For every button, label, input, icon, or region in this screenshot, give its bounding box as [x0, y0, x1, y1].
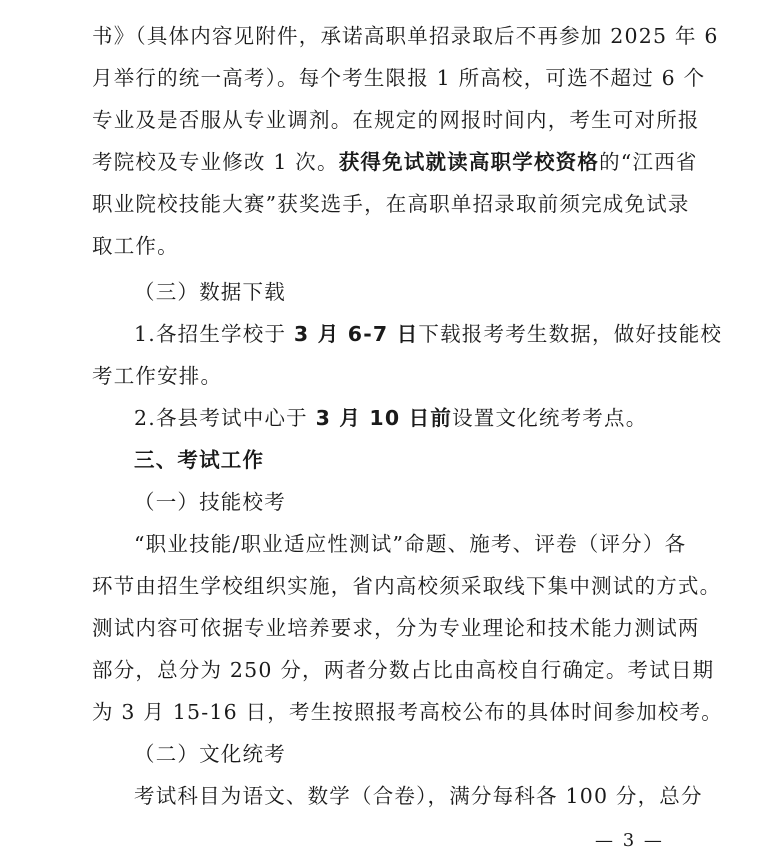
paragraph-line: 月举行的统一高考）。每个考生限报 1 所高校，可选不超过 6 个 [92, 64, 677, 92]
paragraph-line: 2.各县考试中心于 3 月 10 日前设置文化统考考点。 [134, 404, 647, 432]
paragraph-line: 为 3 月 15-16 日，考生按照报考高校公布的具体时间参加校考。 [92, 698, 677, 726]
bold-date: 3 月 6-7 日 [294, 322, 419, 346]
paragraph-line: 部分，总分为 250 分，两者分数占比由高校自行确定。考试日期 [92, 656, 677, 684]
line-text: 设置文化统考考点。 [452, 406, 647, 430]
chapter-heading: 三、考试工作 [134, 446, 264, 474]
paragraph-line: 专业及是否服从专业调剂。在规定的网报时间内，考生可对所报 [92, 106, 677, 134]
paragraph-line: 职业院校技能大赛”获奖选手，在高职单招录取前须完成免试录 [92, 190, 677, 218]
paragraph-line: 考工作安排。 [92, 362, 222, 390]
paragraph-line: 测试内容可依据专业培养要求，分为专业理论和技术能力测试两 [92, 614, 677, 642]
paragraph-line: 环节由招生学校组织实施，省内高校须采取线下集中测试的方式。 [92, 572, 677, 600]
line-text: 1.各招生学校于 [134, 322, 294, 346]
paragraph-line: 考试科目为语文、数学（合卷），满分每科各 100 分，总分 [134, 782, 677, 810]
line-text: 下载报考考生数据，做好技能校 [418, 322, 722, 346]
bold-emphasis: 获得免试就读高职学校资格 [339, 150, 599, 174]
line-text: 2.各县考试中心于 [134, 406, 316, 430]
section-heading: （二）文化统考 [134, 740, 286, 768]
paragraph-line: 取工作。 [92, 232, 179, 260]
paragraph-line: 书》（具体内容见附件，承诺高职单招录取后不再参加 2025 年 6 [92, 22, 677, 50]
section-heading: （三）数据下载 [134, 278, 286, 306]
line-text: 考院校及专业修改 1 次。 [92, 150, 339, 174]
line-text: 的“江西省 [599, 150, 697, 174]
page-number: — 3 — [595, 830, 664, 851]
paragraph-line: “职业技能/职业适应性测试”命题、施考、评卷（评分）各 [134, 530, 677, 558]
paragraph-line: 考院校及专业修改 1 次。获得免试就读高职学校资格的“江西省 [92, 148, 677, 176]
paragraph-line: 1.各招生学校于 3 月 6-7 日下载报考考生数据，做好技能校 [134, 320, 677, 348]
bold-date: 3 月 10 日前 [316, 406, 453, 430]
section-heading: （一）技能校考 [134, 488, 286, 516]
